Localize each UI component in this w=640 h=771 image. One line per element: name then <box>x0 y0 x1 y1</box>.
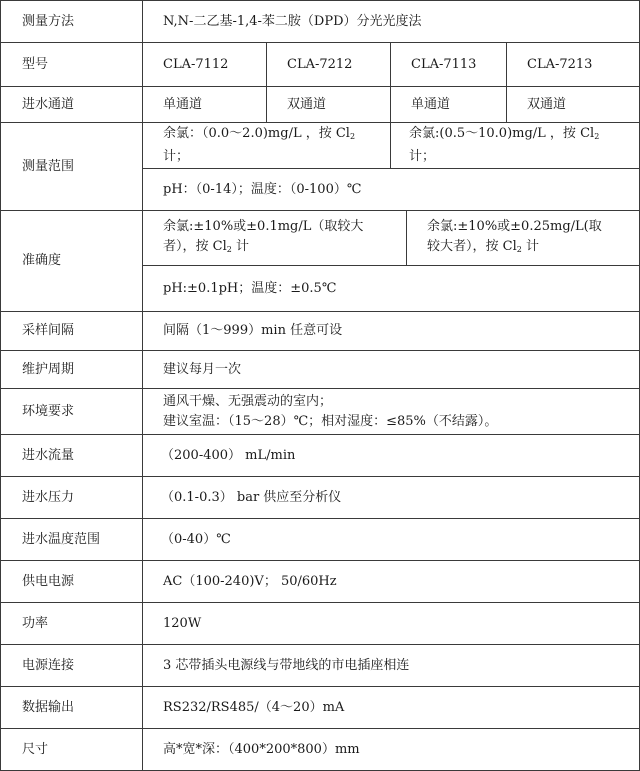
model-2: CLA-7212 <box>267 43 391 87</box>
label-sampling-interval: 采样间隔 <box>0 312 143 351</box>
model-4: CLA-7213 <box>507 43 640 87</box>
accuracy-chlorine-low: 余氯:±10%或±0.1mg/L（取较大 者），按 Cl2 计 <box>143 211 407 266</box>
channel-3: 单通道 <box>391 87 507 123</box>
label-channel: 进水通道 <box>0 87 143 123</box>
label-pressure: 进水压力 <box>0 477 143 519</box>
value-power-supply: AC（100-240)V； 50/60Hz <box>143 561 640 603</box>
channel-2: 双通道 <box>267 87 391 123</box>
value-power-connection: 3 芯带插头电源线与带地线的市电插座相连 <box>143 645 640 687</box>
label-data-output: 数据输出 <box>0 687 143 729</box>
label-power: 功率 <box>0 603 143 645</box>
label-environment: 环境要求 <box>0 389 143 435</box>
accuracy-chlorine-high: 余氯:±10%或±0.25mg/L(取 较大者），按 Cl2 计 <box>407 211 640 266</box>
label-inflow-temp: 进水温度范围 <box>0 519 143 561</box>
value-sampling-interval: 间隔（1～999）min 任意可设 <box>143 312 640 351</box>
accuracy-ph-temp: pH:±0.1pH；温度：±0.5℃ <box>143 266 640 312</box>
label-accuracy: 准确度 <box>0 211 143 312</box>
range-chlorine-high: 余氯:(0.5～10.0)mg/L ，按 Cl2 计； <box>391 123 640 169</box>
value-pressure: （0.1-0.3） bar 供应至分析仪 <box>143 477 640 519</box>
label-method: 测量方法 <box>0 0 143 43</box>
channel-1: 单通道 <box>143 87 267 123</box>
label-dimensions: 尺寸 <box>0 729 143 771</box>
range-ph-temp: pH：（0-14）；温度：（0-100）℃ <box>143 169 640 211</box>
model-1: CLA-7112 <box>143 43 267 87</box>
label-range: 测量范围 <box>0 123 143 211</box>
value-inflow: （200-400） mL/min <box>143 435 640 477</box>
value-environment: 通风干燥、无强震动的室内； 建议室温：（15～28）℃；相对湿度：≤85%（不结… <box>143 389 640 435</box>
channel-4: 双通道 <box>507 87 640 123</box>
spec-table: 测量方法 N,N-二乙基-1,4-苯二胺（DPD）分光光度法 型号 CLA-71… <box>0 0 640 771</box>
value-power: 120W <box>143 603 640 645</box>
model-3: CLA-7113 <box>391 43 507 87</box>
label-inflow: 进水流量 <box>0 435 143 477</box>
value-inflow-temp: （0-40）℃ <box>143 519 640 561</box>
label-maintenance: 维护周期 <box>0 351 143 389</box>
label-model: 型号 <box>0 43 143 87</box>
value-method: N,N-二乙基-1,4-苯二胺（DPD）分光光度法 <box>143 0 640 43</box>
label-power-connection: 电源连接 <box>0 645 143 687</box>
value-data-output: RS232/RS485/（4～20）mA <box>143 687 640 729</box>
range-chlorine-low: 余氯：（0.0～2.0)mg/L ，按 Cl2 计； <box>143 123 391 169</box>
value-dimensions: 高*宽*深：（400*200*800）mm <box>143 729 640 771</box>
label-power-supply: 供电电源 <box>0 561 143 603</box>
value-maintenance: 建议每月一次 <box>143 351 640 389</box>
